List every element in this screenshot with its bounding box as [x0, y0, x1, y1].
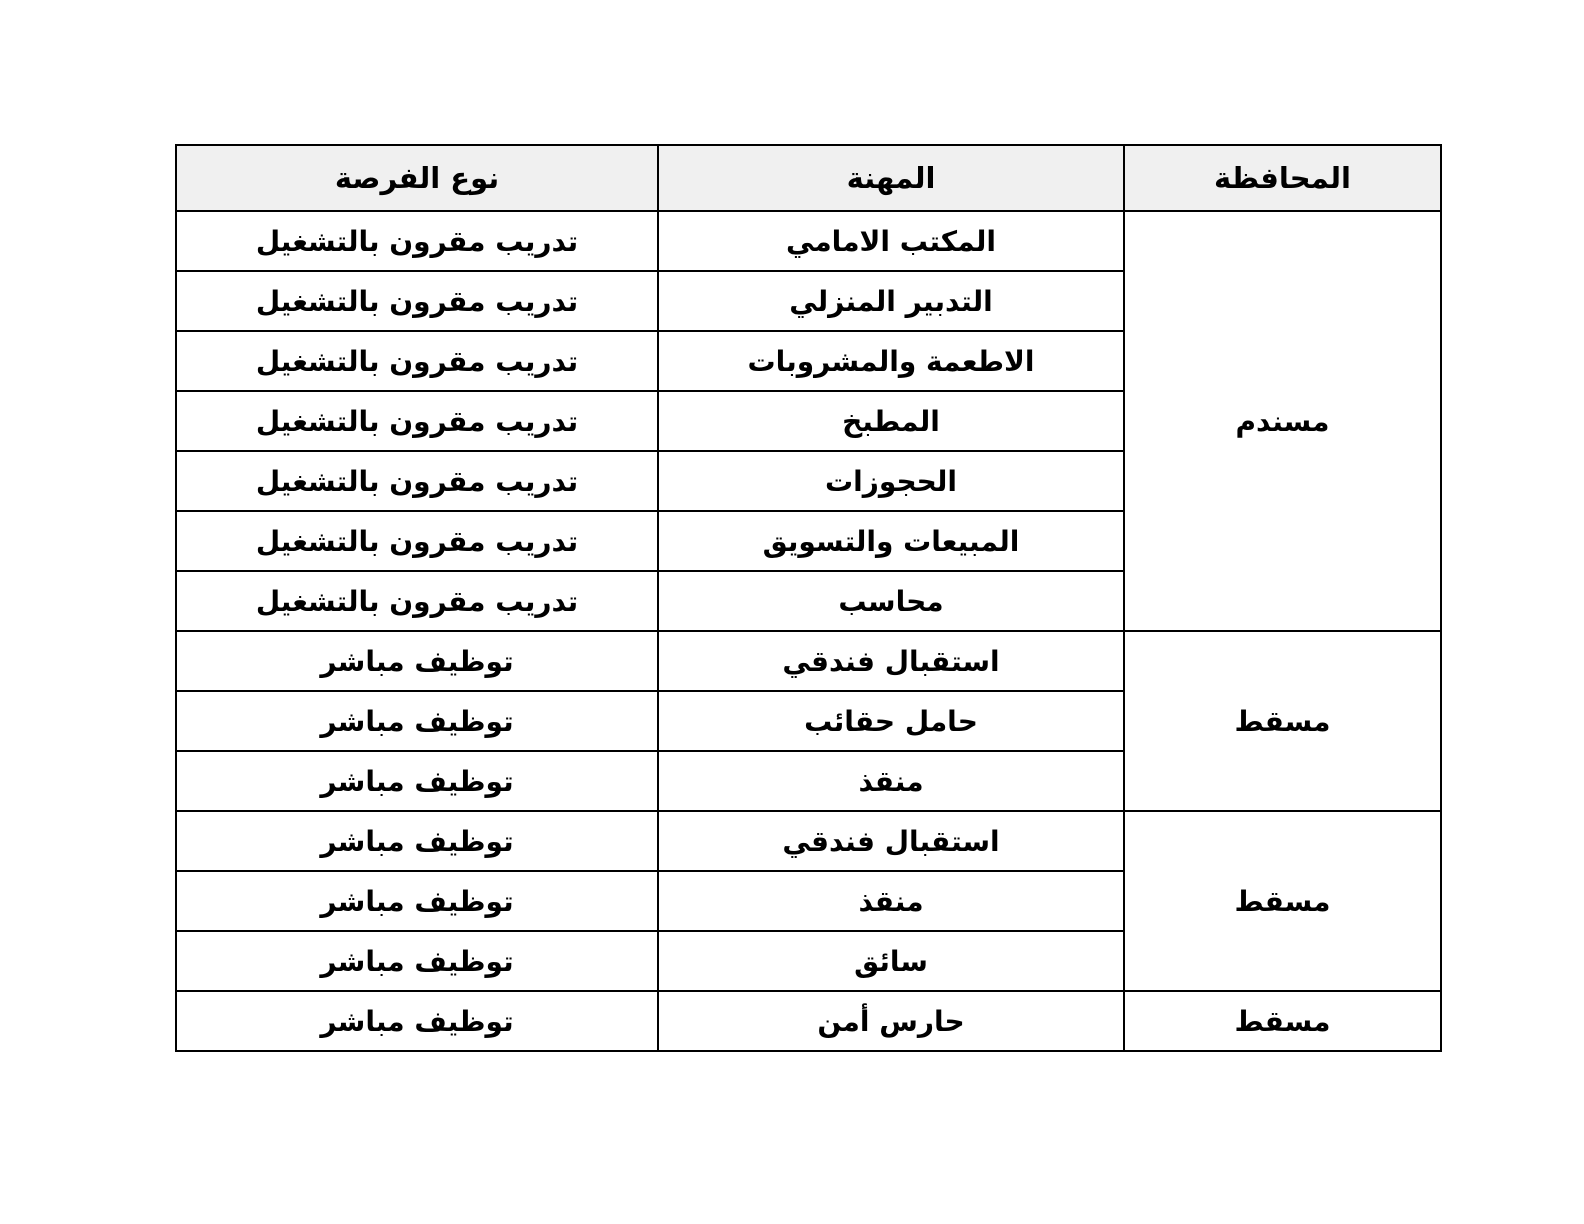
profession-cell: المكتب الامامي [658, 211, 1124, 271]
governorate-cell: مسقط [1124, 811, 1441, 991]
opportunity-type-cell: توظيف مباشر [176, 691, 658, 751]
profession-cell: سائق [658, 931, 1124, 991]
profession-cell: الحجوزات [658, 451, 1124, 511]
table-row: مسندمالمكتب الاماميتدريب مقرون بالتشغيل [176, 211, 1441, 271]
profession-cell: المطبخ [658, 391, 1124, 451]
profession-cell: استقبال فندقي [658, 631, 1124, 691]
opportunity-type-cell: تدريب مقرون بالتشغيل [176, 511, 658, 571]
table-header: المحافظة المهنة نوع الفرصة [176, 145, 1441, 211]
header-profession: المهنة [658, 145, 1124, 211]
opportunity-type-cell: توظيف مباشر [176, 811, 658, 871]
profession-cell: التدبير المنزلي [658, 271, 1124, 331]
opportunity-type-cell: تدريب مقرون بالتشغيل [176, 211, 658, 271]
opportunity-type-cell: توظيف مباشر [176, 991, 658, 1051]
opportunity-type-cell: توظيف مباشر [176, 871, 658, 931]
governorate-cell: مسقط [1124, 631, 1441, 811]
opportunity-type-cell: تدريب مقرون بالتشغيل [176, 571, 658, 631]
opportunity-type-cell: توظيف مباشر [176, 931, 658, 991]
table-row: مسقطحارس أمنتوظيف مباشر [176, 991, 1441, 1051]
profession-cell: المبيعات والتسويق [658, 511, 1124, 571]
document-page: المحافظة المهنة نوع الفرصة مسندمالمكتب ا… [0, 0, 1584, 1224]
header-opportunity-type: نوع الفرصة [176, 145, 658, 211]
profession-cell: استقبال فندقي [658, 811, 1124, 871]
opportunity-type-cell: تدريب مقرون بالتشغيل [176, 271, 658, 331]
table-row: مسقطاستقبال فندقيتوظيف مباشر [176, 811, 1441, 871]
opportunity-type-cell: توظيف مباشر [176, 751, 658, 811]
table-body: مسندمالمكتب الاماميتدريب مقرون بالتشغيلا… [176, 211, 1441, 1051]
governorate-cell: مسقط [1124, 991, 1441, 1051]
profession-cell: حارس أمن [658, 991, 1124, 1051]
jobs-table: المحافظة المهنة نوع الفرصة مسندمالمكتب ا… [175, 144, 1442, 1052]
table-row: مسقطاستقبال فندقيتوظيف مباشر [176, 631, 1441, 691]
opportunity-type-cell: تدريب مقرون بالتشغيل [176, 331, 658, 391]
profession-cell: منقذ [658, 871, 1124, 931]
profession-cell: منقذ [658, 751, 1124, 811]
profession-cell: الاطعمة والمشروبات [658, 331, 1124, 391]
profession-cell: حامل حقائب [658, 691, 1124, 751]
opportunity-type-cell: توظيف مباشر [176, 631, 658, 691]
opportunity-type-cell: تدريب مقرون بالتشغيل [176, 391, 658, 451]
header-governorate: المحافظة [1124, 145, 1441, 211]
header-row: المحافظة المهنة نوع الفرصة [176, 145, 1441, 211]
governorate-cell: مسندم [1124, 211, 1441, 631]
opportunity-type-cell: تدريب مقرون بالتشغيل [176, 451, 658, 511]
profession-cell: محاسب [658, 571, 1124, 631]
